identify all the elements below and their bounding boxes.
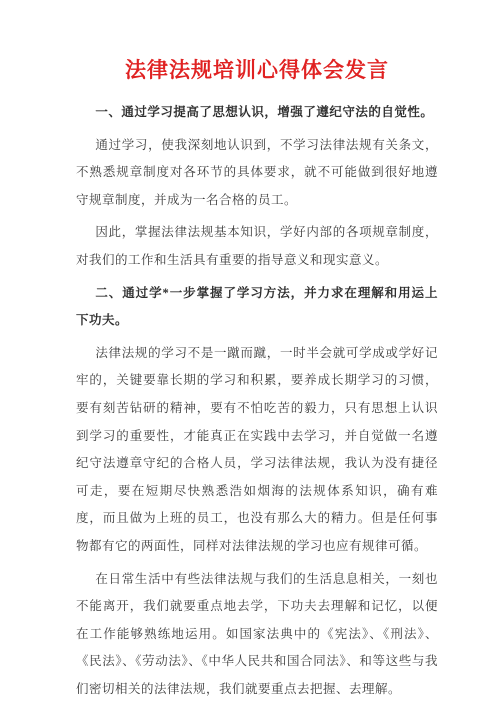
paragraph: 法律法规的学习不是一蹴而蹴，一时半会就可学成或学好记牢的，关键要靠长期的学习和积… [76,340,438,561]
section-heading: 二、通过学*一步掌握了学习方法，并力求在理解和用运上下功夫。 [76,280,438,335]
document-title: 法律法规培训心得体会发言 [76,54,438,86]
paragraph: 在日常生活中有些法律法规与我们的生活息息相关，一刻也不能离开，我们就要重点地去学… [76,566,438,704]
section-heading: 一、通过学习提高了思想认识，增强了遵纪守法的自觉性。 [76,99,438,127]
document-page: 法律法规培训心得体会发言 一、通过学习提高了思想认识，增强了遵纪守法的自觉性。通… [0,0,500,708]
paragraph: 通过学习，使我深刻地认识到，不学习法律法规有关条文，不熟悉规章制度对各环节的具体… [76,132,438,215]
document-body: 一、通过学习提高了思想认识，增强了遵纪守法的自觉性。通过学习，使我深刻地认识到，… [76,99,438,703]
paragraph: 因此，掌握法律法规基本知识，学好内部的各项规章制度，对我们的工作和生活具有重要的… [76,219,438,274]
